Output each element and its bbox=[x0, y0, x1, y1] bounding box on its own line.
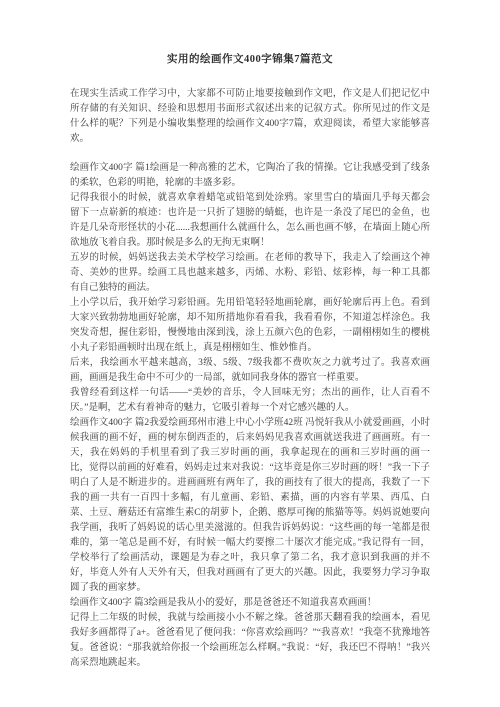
paragraph-4: 上小学以后，我开始学习彩铅画。先用铅笔轻轻地画轮廓，画好轮廓后再上色。看到大家兴… bbox=[70, 296, 430, 356]
paragraph-7: 绘画作文400字 篇2我爱绘画邳州市港上中心小学班42班 冯悦轩我从小就爱画画，… bbox=[70, 416, 430, 596]
paragraph-2: 记得我很小的时候，就喜欢拿着蜡笔或铅笔到处涂鸦。家里雪白的墙面几乎每天都会留下一… bbox=[70, 191, 430, 251]
paragraph-5: 后来，我绘画水平越来越高，3级、5级、7级我都不费吹灰之力就考过了。我喜欢画画，… bbox=[70, 356, 430, 386]
paragraph-6: 我曾经看到这样一句话——“美妙的音乐，令人回味无穷；杰出的画作，让人百看不厌。”… bbox=[70, 386, 430, 416]
document-body: 绘画作文400字 篇1绘画是一种高雅的艺术，它陶冶了我的情操。它让我感受到了线条… bbox=[70, 161, 430, 671]
paragraph-3: 五岁的时候，妈妈送我去美术学校学习绘画。在老师的教导下，我走入了绘画这个神奇、美… bbox=[70, 251, 430, 296]
document-page: 实用的绘画作文400字锦集7篇范文 在现实生活或工作学习中，大家都不可防止地要接… bbox=[70, 0, 430, 671]
paragraph-9: 记得上二年级的时候，我就与绘画接小小不解之缘。爸爸那天翻看我的绘画本，看见我好多… bbox=[70, 611, 430, 671]
document-title: 实用的绘画作文400字锦集7篇范文 bbox=[70, 52, 430, 67]
paragraph-1: 绘画作文400字 篇1绘画是一种高雅的艺术，它陶冶了我的情操。它让我感受到了线条… bbox=[70, 161, 430, 191]
paragraph-8: 绘画作文400字 篇3绘画是我从小的爱好，那是爸爸还不知道我喜欢画画！ bbox=[70, 596, 430, 611]
intro-paragraph: 在现实生活或工作学习中，大家都不可防止地要接触到作文吧，作文是人们把记忆中所存储… bbox=[70, 87, 430, 147]
